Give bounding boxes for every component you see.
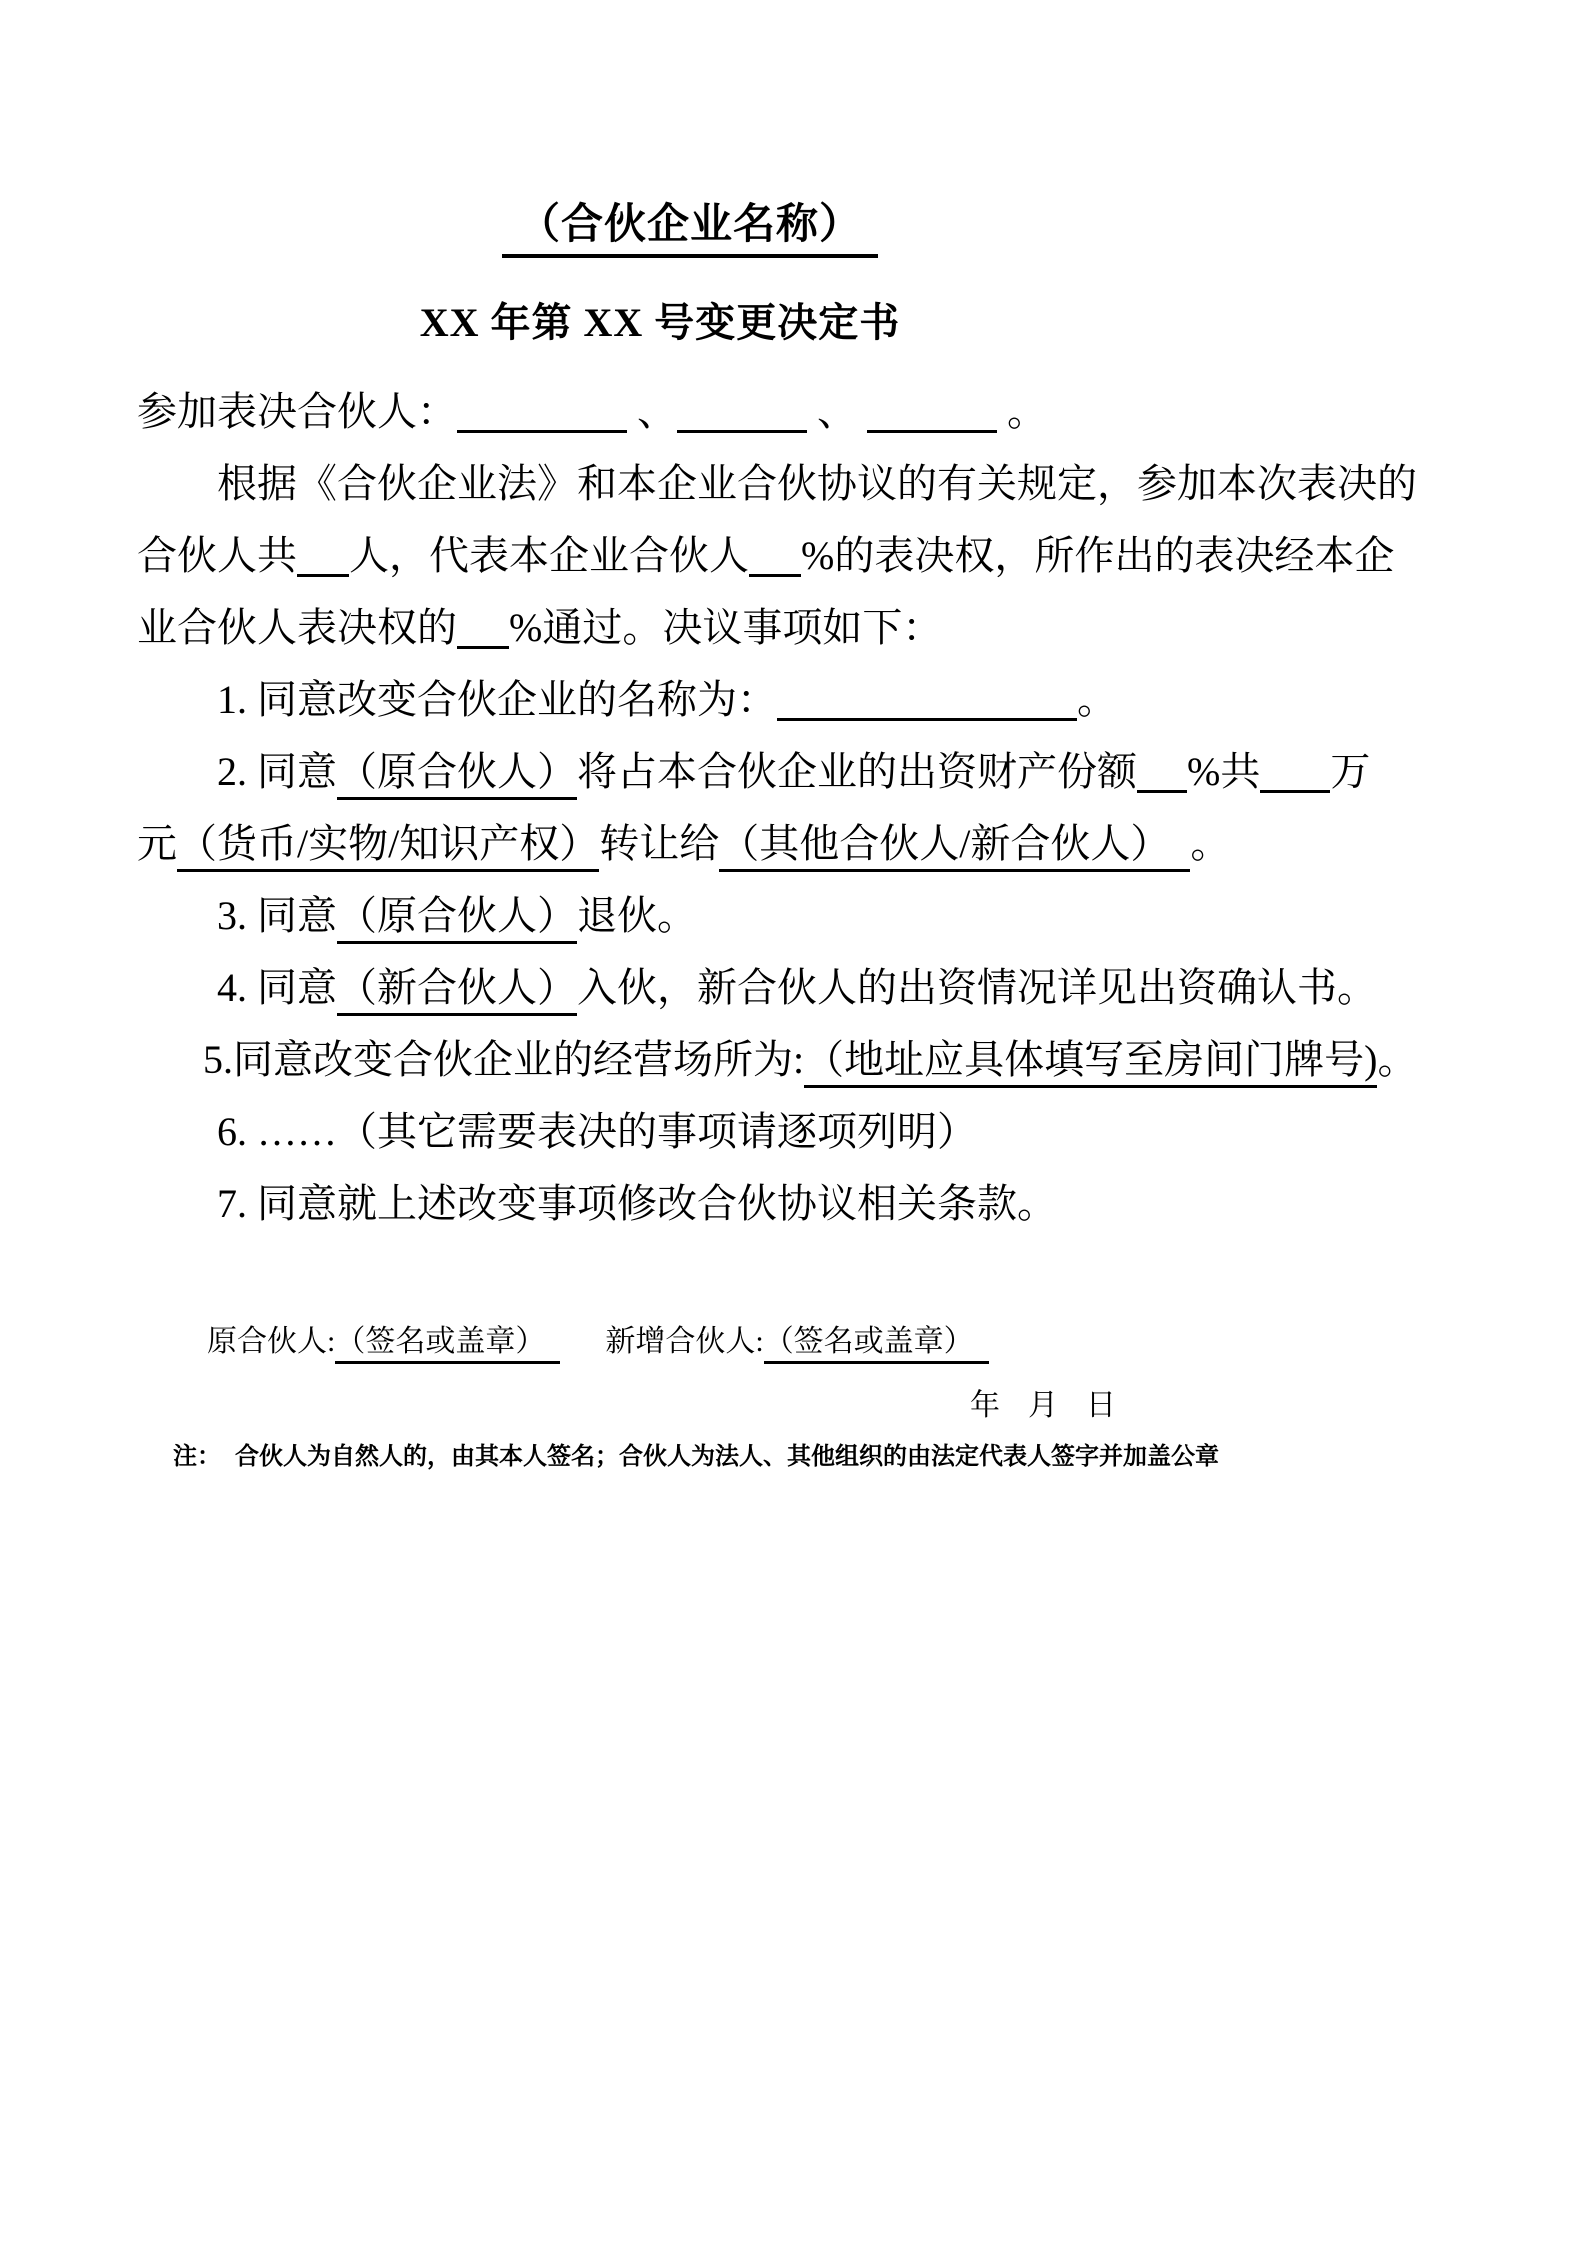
voting-partners-line: 参加表决合伙人： 、 、 。	[137, 376, 1477, 448]
text-segment: 合伙人共	[137, 533, 297, 578]
text-segment: 参加表决合伙人：	[137, 389, 457, 434]
text-segment: 转让给	[599, 821, 719, 866]
text-segment: 6. ……（其它需要表决的事项请逐项列明）	[217, 1109, 977, 1154]
text-segment: 新增合伙人:	[605, 1325, 763, 1358]
underlined-placeholder: （地址应具体填写至房间门牌号)	[804, 1037, 1377, 1088]
underlined-placeholder: （签名或盖章）	[335, 1325, 560, 1364]
text-segment: 、	[627, 389, 677, 434]
item-1: 1. 同意改变合伙企业的名称为：。	[137, 664, 1477, 736]
item-7: 7. 同意就上述改变事项修改合伙协议相关条款。	[137, 1168, 1477, 1240]
blank-fill-line	[457, 420, 627, 433]
blank-fill-line	[749, 564, 801, 577]
text-segment: 元	[137, 821, 177, 866]
signature-section: 原合伙人:（签名或盖章） 新增合伙人:（签名或盖章）	[137, 1306, 1477, 1378]
underlined-placeholder: （原合伙人）	[337, 893, 577, 944]
text-segment: 合伙人为自然人的，由其本人签名；合伙人为法人、其他组织的由法定代表人签字并加盖公…	[235, 1444, 1219, 1470]
item-2-line-1: 2. 同意（原合伙人）将占本合伙企业的出资财产份额%共万	[137, 736, 1477, 808]
text-segment: 5.同意改变合伙企业的经营场所为:	[203, 1037, 804, 1082]
text-segment: 日	[1086, 1389, 1116, 1422]
document-subtitle: XX 年第 XX 号变更决定书	[420, 300, 901, 346]
signature-line: 原合伙人:（签名或盖章） 新增合伙人:（签名或盖章）	[137, 1306, 1477, 1378]
item-6: 6. ……（其它需要表决的事项请逐项列明）	[137, 1096, 1477, 1168]
blank-fill-line	[297, 564, 349, 577]
underlined-placeholder: （签名或盖章）	[764, 1325, 989, 1364]
text-segment: 年	[970, 1389, 1000, 1422]
text-segment: %共	[1187, 749, 1260, 794]
text-segment: 根据《合伙企业法》和本企业合伙协议的有关规定，参加本次表决的	[217, 461, 1417, 506]
text-segment: 7. 同意就上述改变事项修改合伙协议相关条款。	[217, 1181, 1057, 1226]
blank-fill-line	[457, 636, 509, 649]
date-section: 年月日	[137, 1378, 1477, 1434]
text-segment: 原合伙人:	[207, 1325, 335, 1358]
text-segment: %的表决权，所作出的表决经本企	[801, 533, 1394, 578]
text-segment: 业合伙人表决权的	[137, 605, 457, 650]
text-segment: 退伙。	[577, 893, 697, 938]
text-segment: 1. 同意改变合伙企业的名称为：	[217, 677, 777, 722]
text-segment: 。	[997, 389, 1047, 434]
intro-line-1: 根据《合伙企业法》和本企业合伙协议的有关规定，参加本次表决的	[137, 448, 1477, 520]
text-segment: 入伙，新合伙人的出资情况详见出资确认书。	[577, 965, 1377, 1010]
text-segment: 万	[1330, 749, 1370, 794]
body-paragraphs: 参加表决合伙人： 、 、 。根据《合伙企业法》和本企业合伙协议的有关规定，参加本…	[137, 376, 1477, 1240]
document-page: （合伙企业名称） XX 年第 XX 号变更决定书 参加表决合伙人： 、 、 。根…	[0, 0, 1587, 2245]
item-2-line-2: 元（货币/实物/知识产权）转让给（其他合伙人/新合伙人） 。	[137, 808, 1477, 880]
item-4: 4. 同意（新合伙人）入伙，新合伙人的出资情况详见出资确认书。	[137, 952, 1477, 1024]
document-body: （合伙企业名称） XX 年第 XX 号变更决定书 参加表决合伙人： 、 、 。根…	[0, 0, 1587, 1472]
subtitle-row: XX 年第 XX 号变更决定书	[0, 300, 1330, 346]
title-row: （合伙企业名称）	[20, 200, 1360, 258]
blank-fill-line	[1260, 780, 1330, 793]
text-segment: 。	[1190, 821, 1230, 866]
blank-fill-line	[1137, 780, 1187, 793]
blank-fill-line	[677, 420, 807, 433]
blank-fill-line	[867, 420, 997, 433]
document-title: （合伙企业名称）	[502, 200, 878, 258]
item-3: 3. 同意（原合伙人）退伙。	[137, 880, 1477, 952]
text-segment: %通过。决议事项如下：	[509, 605, 942, 650]
text-segment: 3. 同意	[217, 893, 337, 938]
intro-line-2: 合伙人共人，代表本企业合伙人%的表决权，所作出的表决经本企	[137, 520, 1477, 592]
intro-line-3: 业合伙人表决权的%通过。决议事项如下：	[137, 592, 1477, 664]
date-line: 年月日	[137, 1378, 1477, 1434]
text-segment: 将占本合伙企业的出资财产份额	[577, 749, 1137, 794]
underlined-placeholder: （新合伙人）	[337, 965, 577, 1016]
note-section: 注：合伙人为自然人的，由其本人签名；合伙人为法人、其他组织的由法定代表人签字并加…	[137, 1442, 1477, 1472]
text-segment: 人，代表本企业合伙人	[349, 533, 749, 578]
text-segment: 月	[1028, 1389, 1058, 1422]
text-segment: 2. 同意	[217, 749, 337, 794]
text-segment: 。	[1077, 677, 1117, 722]
text-segment: 、	[807, 389, 867, 434]
item-5: 5.同意改变合伙企业的经营场所为:（地址应具体填写至房间门牌号)。	[137, 1024, 1477, 1096]
underlined-placeholder: （原合伙人）	[337, 749, 577, 800]
underlined-placeholder: （其他合伙人/新合伙人）	[719, 821, 1190, 872]
text-segment: 注：	[173, 1444, 221, 1470]
text-segment: 4. 同意	[217, 965, 337, 1010]
text-segment: 。	[1377, 1037, 1417, 1082]
blank-fill-line	[777, 708, 1077, 721]
note-line: 注：合伙人为自然人的，由其本人签名；合伙人为法人、其他组织的由法定代表人签字并加…	[137, 1442, 1477, 1472]
underlined-placeholder: （货币/实物/知识产权）	[177, 821, 599, 872]
